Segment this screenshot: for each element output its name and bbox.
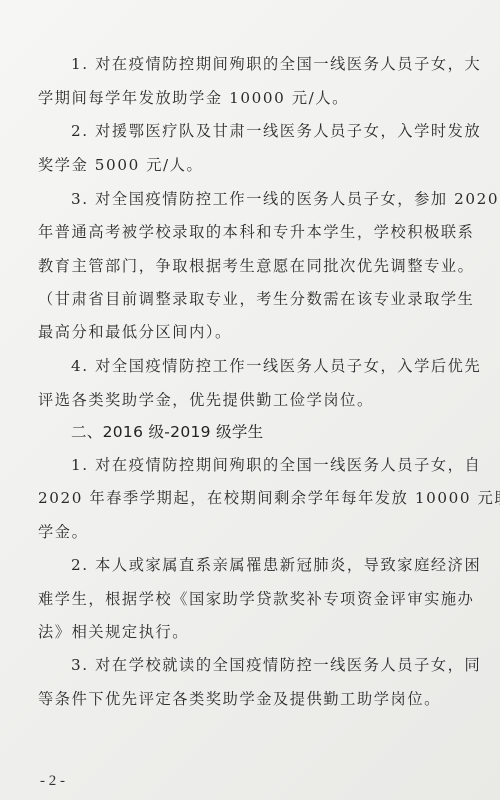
paragraph-line: （甘肃省目前调整录取专业，考生分数需在该专业录取学生 [38,288,474,310]
paragraph-line: 最高分和最低分区间内）。 [38,321,232,343]
paragraph-line: 教育主管部门，争取根据考生意愿在同批次优先调整专业。 [38,255,474,277]
paragraph-line: 年普通高考被学校录取的本科和专升本学生，学校积极联系 [38,221,474,243]
page-number: - 2 - [40,773,65,790]
paragraph-line: 等条件下优先评定各类奖助学金及提供勤工助学岗位。 [38,688,441,710]
paragraph-line: 难学生，根据学校《国家助学贷款奖补专项资金评审实施办 [38,588,474,610]
paragraph-line: 学期间每学年发放助学金 10000 元/人。 [38,87,349,109]
paragraph-line: 法》相关规定执行。 [38,621,189,643]
paragraph-line: 2020 年春季学期起，在校期间剩余学年每年发放 10000 元助 [38,487,500,509]
paragraph-line: 1. 对在疫情防控期间殉职的全国一线医务人员子女，自 [71,454,481,476]
paragraph-line: 2. 对援鄂医疗队及甘肃一线医务人员子女，入学时发放 [71,120,481,142]
paragraph-line: 4. 对全国疫情防控工作一线医务人员子女，入学后优先 [71,355,481,377]
paragraph-line: 1. 对在疫情防控期间殉职的全国一线医务人员子女，大 [71,53,481,75]
paragraph-line: 学金。 [38,521,88,543]
paragraph-line: 2. 本人或家属直系亲属罹患新冠肺炎，导致家庭经济困 [71,554,481,576]
paragraph-line: 3. 对在学校就读的全国疫情防控一线医务人员子女，同 [71,654,481,676]
paragraph-line: 奖学金 5000 元/人。 [38,154,203,176]
paragraph-line: 评选各类奖助学金，优先提供勤工俭学岗位。 [38,389,374,411]
section-heading: 二、2016 级-2019 级学生 [71,421,263,443]
paragraph-line: 3. 对全国疫情防控工作一线的医务人员子女，参加 2020 [71,188,499,210]
